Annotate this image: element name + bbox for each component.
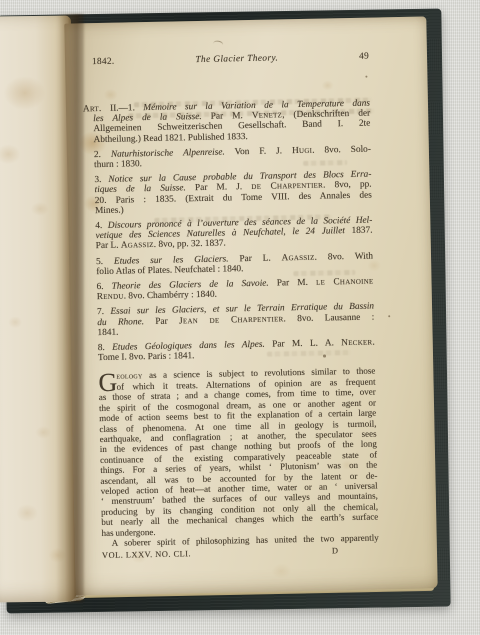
header-year: 1842. [92,57,115,68]
signature-mark: D [332,547,339,556]
foxing-spot [31,202,49,216]
bibliography-entry: Art. II.—1. Mémoire sur la Variation de … [93,99,371,145]
header-title: The Glacier Theory. [195,53,278,66]
header-page-number: 49 [359,52,369,63]
foxing-spot [8,316,22,328]
bibliography-entry: 7. Essai sur les Glaciers, et sur le Ter… [97,302,375,338]
foxing-spot [0,144,20,164]
book-page: 1842. The Glacier Theory. 49 Art. II.—1.… [64,16,437,595]
bibliography-entry: 6. Theorie des Glaciers de la Savoie. Pa… [96,277,373,303]
body-lines: eology as a science is subject to revolu… [98,366,378,548]
bibliography-entry: 3. Notice sur la Cause probable du Trans… [94,170,372,216]
bibliography-entry: 5. Etudes sur les Glaciers. Par L. Agass… [96,251,373,277]
bibliography-entry: 2. Naturhistorische Alpenreise. Von F. J… [94,144,371,170]
foxing-spot [271,563,291,578]
page-footer: VOL. LXXV. NO. CLI. D [102,546,379,564]
foxing-spot [4,76,46,110]
bibliography-entry: 4. Discours prononcé à l’ouverture des s… [95,216,373,252]
footer-volume: VOL. LXXV. NO. CLI. [102,550,191,561]
page-text: 1842. The Glacier Theory. 49 Art. II.—1.… [64,16,437,564]
foxing-spot [35,426,51,439]
body-text: G eology as a science is subject to revo… [98,366,378,548]
drop-cap: G [98,373,117,393]
bibliography-entries: Art. II.—1. Mémoire sur la Variation de … [93,99,375,364]
foxing-spot [16,504,38,522]
bibliography-entry: 8. Etudes Géologiques dans les Alpes. Pa… [98,338,375,364]
book-photo: 1842. The Glacier Theory. 49 Art. II.—1.… [0,0,480,635]
foxing-spot [49,548,67,563]
page-header: 1842. The Glacier Theory. 49 [92,52,369,69]
